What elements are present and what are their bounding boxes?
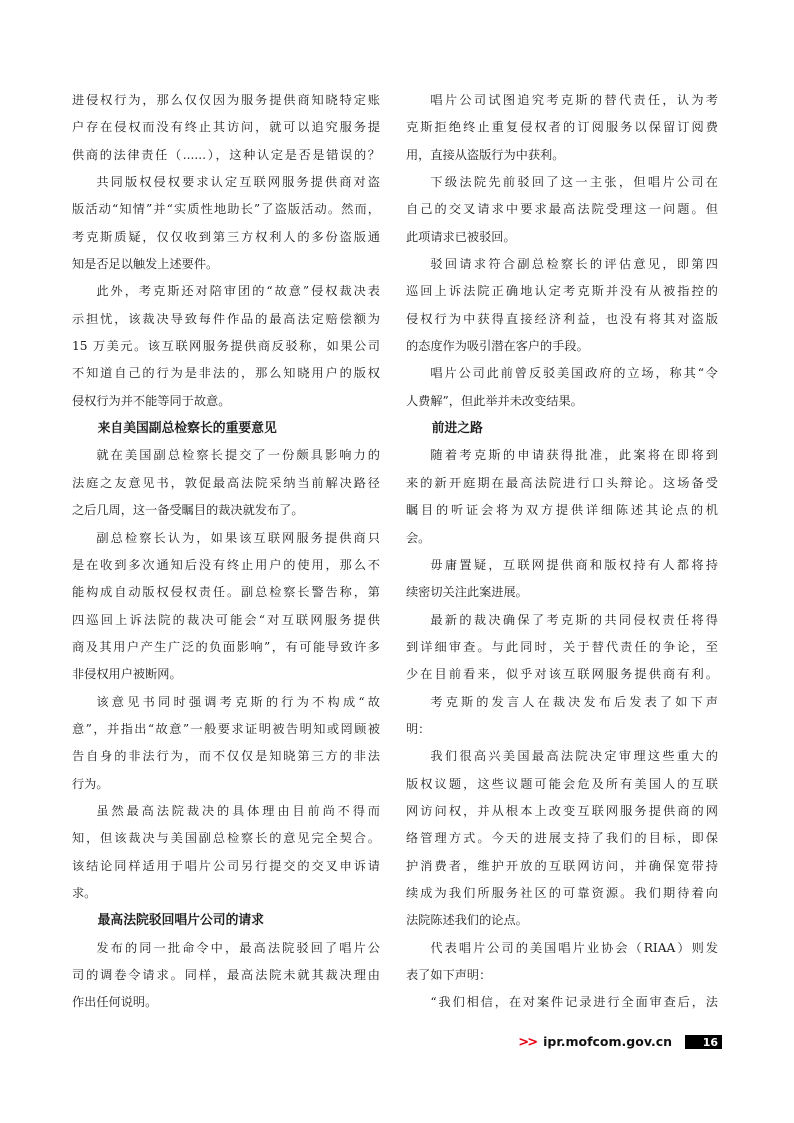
text-line: “我们相信，在对案件记录进行全面审查后，法 bbox=[406, 989, 718, 1016]
text-line: 就在美国副总检察长提交了一份颇具影响力的 bbox=[72, 442, 380, 469]
text-line: 供商的法律责任（......），这种认定是否是错误的？ bbox=[72, 142, 380, 169]
text-line: 用，直接从盗版行为中获利。 bbox=[406, 142, 718, 169]
text-line: 此项请求已被驳回。 bbox=[406, 224, 718, 251]
text-line: 法庭之友意见书，敦促最高法院采纳当前解决路径 bbox=[72, 470, 380, 497]
text-line: 络管理方式。今天的进展支持了我们的目标，即保 bbox=[406, 825, 718, 852]
text-line: 行为。 bbox=[72, 771, 380, 798]
text-column-right: 唱片公司试图追究考克斯的替代责任，认为考克斯拒绝终止重复侵权者的订阅服务以保留订… bbox=[406, 87, 718, 1017]
text-line: 侵权行为中获得直接经济利益，也没有将其对盗版 bbox=[406, 306, 718, 333]
text-line: 是在收到多次通知后没有终止用户的使用，那么不 bbox=[72, 552, 380, 579]
page-number-badge: 16 bbox=[685, 1035, 722, 1049]
text-line: 15 万美元。该互联网服务提供商反驳称，如果公司 bbox=[72, 333, 380, 360]
text-line: 续密切关注此案进展。 bbox=[406, 579, 718, 606]
site-url: ipr.mofcom.gov.cn bbox=[543, 1036, 672, 1049]
text-line: 自己的交叉请求中要求最高法院受理这一问题。但 bbox=[406, 196, 718, 223]
text-line: 明： bbox=[406, 716, 718, 743]
text-line: 不知道自己的行为是非法的，那么知晓用户的版权 bbox=[72, 360, 380, 387]
text-line: 版活动“知情”并“实质性地助长”了盗版活动。然而， bbox=[72, 196, 380, 223]
text-line: 此外，考克斯还对陪审团的“故意”侵权裁决表 bbox=[72, 278, 380, 305]
text-line: 考克斯质疑，仅仅收到第三方权利人的多份盗版通 bbox=[72, 224, 380, 251]
text-line: 作出任何说明。 bbox=[72, 989, 380, 1016]
text-line: 毋庸置疑，互联网提供商和版权持有人都将持 bbox=[406, 552, 718, 579]
text-line: 司的调卷令请求。同样，最高法院未就其裁决理由 bbox=[72, 962, 380, 989]
text-line: 能构成自动版权侵权责任。副总检察长警告称，第 bbox=[72, 579, 380, 606]
text-line: 续成为我们所服务社区的可靠资源。我们期待着向 bbox=[406, 880, 718, 907]
text-line: 版权议题，这些议题可能会危及所有美国人的互联 bbox=[406, 771, 718, 798]
text-line: 求。 bbox=[72, 880, 380, 907]
text-line: 护消费者，维护开放的互联网访问，并确保宽带持 bbox=[406, 853, 718, 880]
text-line: 瞩目的听证会将为双方提供详细陈述其论点的机 bbox=[406, 497, 718, 524]
text-line: 巡回上诉法院正确地认定考克斯并没有从被指控的 bbox=[406, 278, 718, 305]
text-line: 意”，并指出“故意”一般要求证明被告明知或罔顾被 bbox=[72, 716, 380, 743]
text-line: 来的新开庭期在最高法院进行口头辩论。这场备受 bbox=[406, 470, 718, 497]
text-line: 表了如下声明： bbox=[406, 962, 718, 989]
double-chevron-icon: >> bbox=[518, 1036, 536, 1049]
footer: >> ipr.mofcom.gov.cn 16 bbox=[0, 1034, 722, 1050]
text-line: 四巡回上诉法院的裁决可能会“对互联网服务提供 bbox=[72, 607, 380, 634]
text-line: 进侵权行为，那么仅仅因为服务提供商知晓特定账 bbox=[72, 87, 380, 114]
text-line: 随着考克斯的申请获得批准，此案将在即将到 bbox=[406, 442, 718, 469]
text-line: 示担忧，该裁决导致每件作品的最高法定赔偿额为 bbox=[72, 306, 380, 333]
text-line: 该结论同样适用于唱片公司另行提交的交叉申诉请 bbox=[72, 853, 380, 880]
text-line: 知是否足以触发上述要件。 bbox=[72, 251, 380, 278]
text-line: 人费解”，但此举并未改变结果。 bbox=[406, 388, 718, 415]
text-line: 该意见书同时强调考克斯的行为不构成“故 bbox=[72, 689, 380, 716]
text-line: 下级法院先前驳回了这一主张，但唱片公司在 bbox=[406, 169, 718, 196]
text-line: 户存在侵权而没有终止其访问，就可以追究服务提 bbox=[72, 114, 380, 141]
text-line: 克斯拒绝终止重复侵权者的订阅服务以保留订阅费 bbox=[406, 114, 718, 141]
section-heading: 来自美国副总检察长的重要意见 bbox=[72, 415, 380, 442]
text-line: 共同版权侵权要求认定互联网服务提供商对盗 bbox=[72, 169, 380, 196]
section-heading: 前进之路 bbox=[406, 415, 718, 442]
text-line: 告自身的非法行为，而不仅仅是知晓第三方的非法 bbox=[72, 743, 380, 770]
section-heading: 最高法院驳回唱片公司的请求 bbox=[72, 907, 380, 934]
text-line: 唱片公司试图追究考克斯的替代责任，认为考 bbox=[406, 87, 718, 114]
text-line: 法院陈述我们的论点。 bbox=[406, 907, 718, 934]
text-line: 之后几周，这一备受瞩目的裁决就发布了。 bbox=[72, 497, 380, 524]
text-line: 代表唱片公司的美国唱片业协会（RIAA）则发 bbox=[406, 935, 718, 962]
text-column-left: 进侵权行为，那么仅仅因为服务提供商知晓特定账户存在侵权而没有终止其访问，就可以追… bbox=[72, 87, 380, 1017]
text-line: 侵权行为并不能等同于故意。 bbox=[72, 388, 380, 415]
text-line: 少在目前看来，似乎对该互联网服务提供商有利。 bbox=[406, 661, 718, 688]
text-line: 唱片公司此前曾反驳美国政府的立场，称其“令 bbox=[406, 360, 718, 387]
text-line: 到详细审查。与此同时，关于替代责任的争论，至 bbox=[406, 634, 718, 661]
text-line: 会。 bbox=[406, 525, 718, 552]
text-line: 副总检察长认为，如果该互联网服务提供商只 bbox=[72, 525, 380, 552]
text-line: 考克斯的发言人在裁决发布后发表了如下声 bbox=[406, 689, 718, 716]
text-line: 驳回请求符合副总检察长的评估意见，即第四 bbox=[406, 251, 718, 278]
text-line: 发布的同一批命令中，最高法院驳回了唱片公 bbox=[72, 935, 380, 962]
text-line: 虽然最高法院裁决的具体理由目前尚不得而 bbox=[72, 798, 380, 825]
text-line: 非侵权用户被断网。 bbox=[72, 661, 380, 688]
text-line: 的态度作为吸引潜在客户的手段。 bbox=[406, 333, 718, 360]
text-line: 商及其用户产生广泛的负面影响”，有可能导致许多 bbox=[72, 634, 380, 661]
text-line: 最新的裁决确保了考克斯的共同侵权责任将得 bbox=[406, 607, 718, 634]
text-line: 知，但该裁决与美国副总检察长的意见完全契合。 bbox=[72, 825, 380, 852]
text-line: 我们很高兴美国最高法院决定审理这些重大的 bbox=[406, 743, 718, 770]
text-line: 网访问权，并从根本上改变互联网服务提供商的网 bbox=[406, 798, 718, 825]
